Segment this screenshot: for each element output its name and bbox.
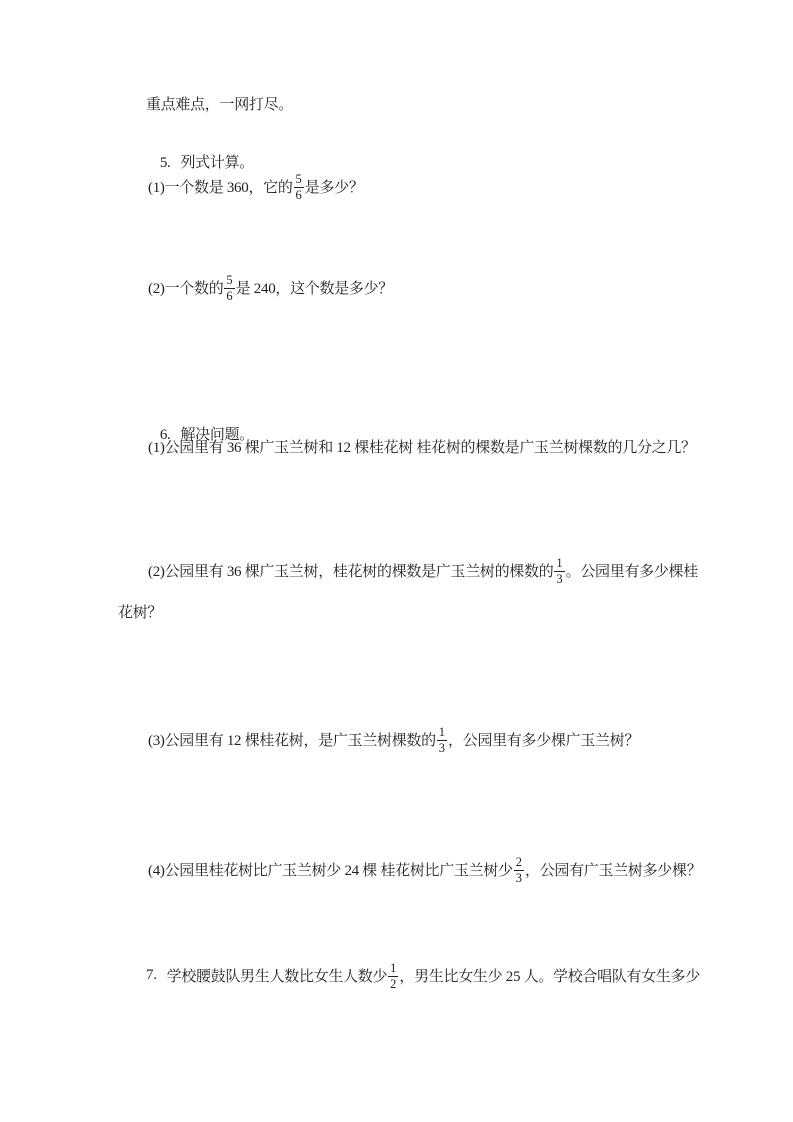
fraction-numerator: 1 [388, 961, 398, 976]
problem-text: 是多少？ [305, 176, 364, 197]
fraction: 1 2 [388, 961, 398, 991]
worksheet-page: 重点难点，一网打尽。 5.列式计算。 (1)一个数是 360，它的 5 6 是多… [0, 0, 793, 1122]
fraction-denominator: 6 [294, 188, 304, 202]
fraction-denominator: 2 [388, 977, 398, 991]
problem-text: (2)公园里有 36 棵广玉兰树，桂花树的棵数是广玉兰树的棵数的 [148, 560, 553, 581]
fraction: 2 3 [514, 855, 524, 885]
problem-text: ，公园里有多少棵广玉兰树？ [448, 729, 639, 750]
fraction-numerator: 5 [224, 273, 234, 288]
problem-6-4: (4)公园里桂花树比广玉兰树少 24 棵 桂花树比广玉兰树少 2 3 ，公园有广… [148, 847, 701, 891]
problem-text: 学校腰鼓队男生人数比女生人数少 [167, 965, 388, 986]
fraction-denominator: 6 [224, 289, 234, 303]
problem-text: 是 240，这个数是多少？ [236, 277, 393, 298]
fraction-numerator: 2 [514, 855, 524, 870]
fraction: 1 3 [554, 556, 564, 586]
problem-text: (1)一个数是 360，它的 [148, 176, 293, 197]
section-number: 7. [146, 967, 157, 984]
fraction: 5 6 [294, 172, 304, 202]
problem-text: ，男生比女生少 25 人。学校合唱队有女生多少 [399, 965, 700, 986]
tagline: 重点难点，一网打尽。 [146, 94, 293, 116]
fraction-denominator: 3 [554, 572, 564, 586]
fraction: 5 6 [224, 273, 234, 303]
problem-text: (2)一个数的 [148, 277, 223, 298]
problem-6-1: (1)公园里有 36 棵广玉兰树和 12 棵桂花树 桂花树的棵数是广玉兰树棵数的… [148, 437, 696, 459]
problem-text: ，公园有广玉兰树多少棵？ [525, 859, 701, 880]
problem-5-1: (1)一个数是 360，它的 5 6 是多少？ [148, 164, 364, 208]
problem-5-2: (2)一个数的 5 6 是 240，这个数是多少？ [148, 265, 393, 309]
problem-text: (4)公园里桂花树比广玉兰树少 24 棵 桂花树比广玉兰树少 [148, 859, 513, 880]
problem-7: 7. 学校腰鼓队男生人数比女生人数少 1 2 ，男生比女生少 25 人。学校合唱… [146, 953, 700, 997]
fraction-denominator: 3 [437, 741, 447, 755]
fraction-numerator: 5 [294, 172, 304, 187]
problem-text: 。公园里有多少棵桂 [566, 560, 698, 581]
fraction-numerator: 1 [437, 725, 447, 740]
problem-6-2: (2)公园里有 36 棵广玉兰树，桂花树的棵数是广玉兰树的棵数的 1 3 。公园… [148, 548, 698, 592]
problem-text: (3)公园里有 12 棵桂花树，是广玉兰树棵数的 [148, 729, 436, 750]
fraction: 1 3 [437, 725, 447, 755]
fraction-numerator: 1 [554, 556, 564, 571]
problem-6-2-wrapped-line: 花树？ [118, 602, 162, 624]
fraction-denominator: 3 [514, 871, 524, 885]
problem-6-3: (3)公园里有 12 棵桂花树，是广玉兰树棵数的 1 3 ，公园里有多少棵广玉兰… [148, 717, 639, 761]
